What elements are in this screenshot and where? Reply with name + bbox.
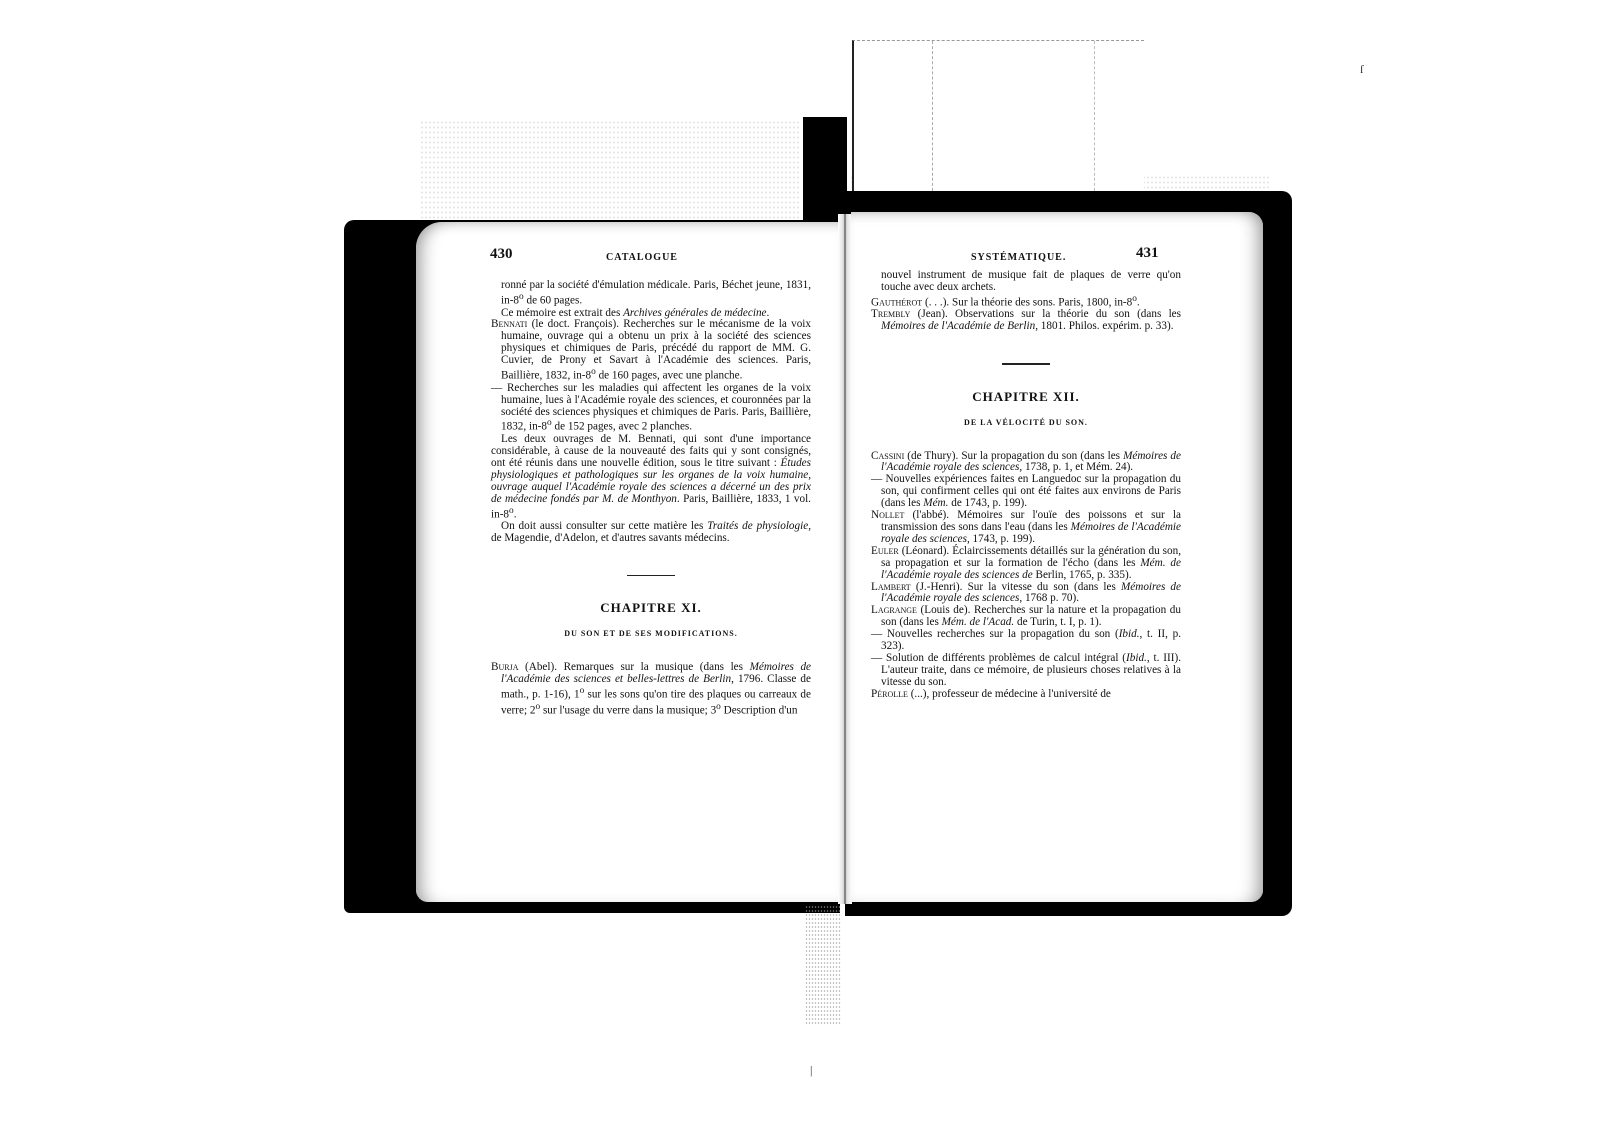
right-entries: nouvel instrument de musique fait de pla… — [871, 270, 1181, 333]
catalogue-entry: On doit aussi consulter sur cette matièr… — [491, 521, 811, 545]
book-gutter — [838, 214, 852, 904]
catalogue-entry: ronné par la société d'émulation médical… — [491, 280, 811, 308]
right-page: SYSTÉMATIQUE. 431 nouvel instrument de m… — [851, 212, 1263, 902]
catalogue-entry: Bennati (le doct. François). Recherches … — [491, 319, 811, 382]
slip-fold-line — [932, 41, 934, 196]
scan-noise-top — [420, 120, 800, 220]
section-rule — [627, 575, 675, 577]
left-chapter-entries: Burja (Abel). Remarques sur la musique (… — [491, 662, 811, 717]
running-head-left: CATALOGUE — [606, 252, 678, 263]
catalogue-entry: — Nouvelles expériences faites en Langue… — [871, 474, 1181, 510]
page-number-right: 431 — [1136, 245, 1159, 262]
chapter-title: CHAPITRE XI. — [491, 602, 811, 614]
catalogue-entry: Les deux ouvrages de M. Bennati, qui son… — [491, 434, 811, 521]
page-number-left: 430 — [490, 246, 513, 263]
scan-mark: | — [810, 1063, 812, 1078]
left-entries: ronné par la société d'émulation médical… — [491, 280, 811, 545]
right-page-body: nouvel instrument de musique fait de pla… — [871, 270, 1181, 701]
catalogue-entry: — Solution de différents problèmes de ca… — [871, 653, 1181, 689]
section-rule — [1002, 363, 1050, 365]
paper-slip-bookmark — [852, 40, 1144, 196]
left-page-body: ronné par la société d'émulation médical… — [491, 280, 811, 717]
catalogue-entry: Pérolle (...), professeur de médecine à … — [871, 689, 1181, 701]
catalogue-entry: Trembly (Jean). Observations sur la théo… — [871, 309, 1181, 333]
scan-mark: ſ — [1360, 62, 1363, 77]
catalogue-entry: — Recherches sur les maladies qui affect… — [491, 383, 811, 434]
running-head-right: SYSTÉMATIQUE. — [971, 252, 1066, 263]
catalogue-entry: Euler (Léonard). Éclaircissements détail… — [871, 546, 1181, 582]
catalogue-entry: — Nouvelles recherches sur la propagatio… — [871, 629, 1181, 653]
left-page: 430 CATALOGUE ronné par la société d'ému… — [416, 222, 840, 902]
catalogue-entry: nouvel instrument de musique fait de pla… — [871, 270, 1181, 294]
chapter-title: CHAPITRE XII. — [871, 391, 1181, 403]
right-chapter-entries: Cassini (de Thury). Sur la propagation d… — [871, 451, 1181, 701]
chapter-subtitle: DU SON ET DE SES MODIFICATIONS. — [491, 628, 811, 640]
book-spine-top — [803, 117, 847, 222]
catalogue-entry: Gauthérot (. . .). Sur la théorie des so… — [871, 294, 1181, 310]
slip-fold-line — [1094, 41, 1096, 196]
chapter-subtitle: DE LA VÉLOCITÉ DU SON. — [871, 417, 1181, 429]
catalogue-entry: Burja (Abel). Remarques sur la musique (… — [491, 662, 811, 717]
catalogue-entry: Cassini (de Thury). Sur la propagation d… — [871, 451, 1181, 475]
catalogue-entry: Lambert (J.-Henri). Sur la vitesse du so… — [871, 582, 1181, 606]
scan-noise-bottom — [805, 905, 841, 1025]
catalogue-entry: Nollet (l'abbé). Mémoires sur l'ouïe des… — [871, 510, 1181, 546]
catalogue-entry: Lagrange (Louis de). Recherches sur la n… — [871, 605, 1181, 629]
